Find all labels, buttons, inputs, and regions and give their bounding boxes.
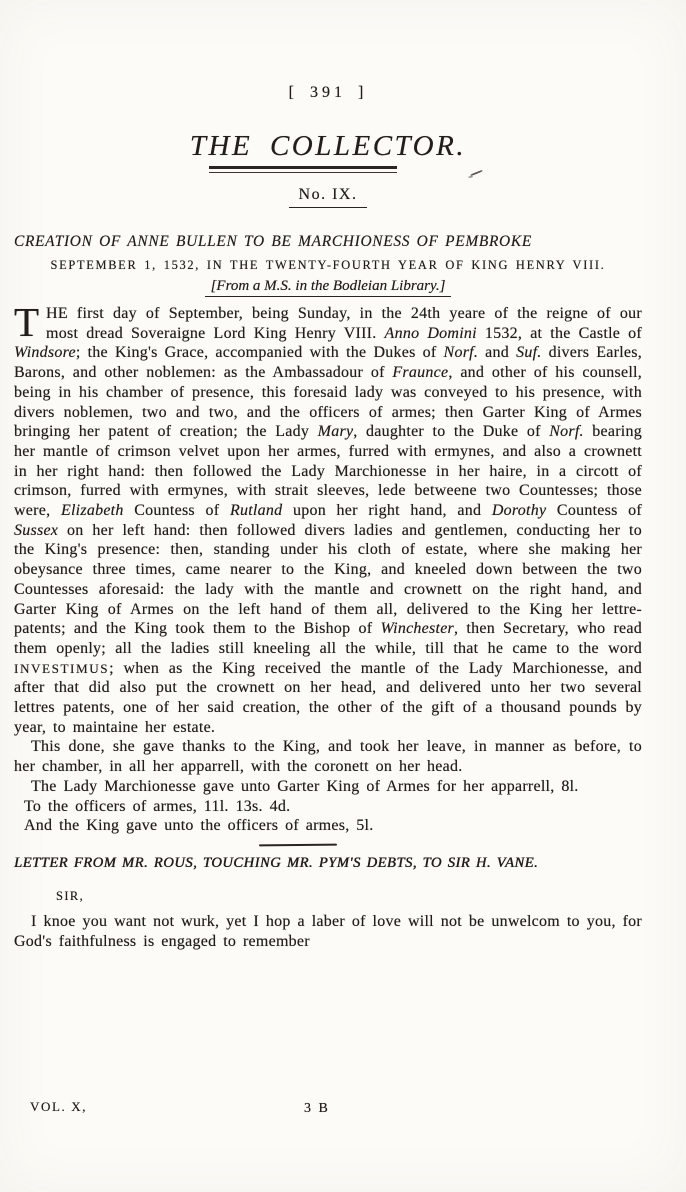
masthead-title: THE COLLECTOR. <box>14 130 642 163</box>
paragraph: THE first day of September, being Sunday… <box>14 304 642 737</box>
article-source-note: [From a M.S. in the Bodleian Library.] <box>14 278 642 295</box>
paragraph: I knoe you want not wurk, yet I hop a la… <box>14 912 642 951</box>
scanned-document-page: [ 391 ] THE COLLECTOR. No. IX. CREATION … <box>0 0 686 1192</box>
issue-number-label: No. IX. <box>289 186 368 208</box>
section-divider-rule <box>259 844 337 847</box>
issue-number: No. IX. <box>14 186 642 208</box>
drop-cap-initial: T <box>14 304 46 339</box>
paragraph-text: HE first day of September, being Sunday,… <box>14 305 642 736</box>
paragraph: To the officers of armes, 11l. 13s. 4d. <box>14 797 642 817</box>
letter-heading: LETTER FROM MR. ROUS, TOUCHING MR. PYM'S… <box>14 855 642 872</box>
letter-salutation: SIR, <box>56 889 642 904</box>
article-creation-of-anne-bullen: CREATION OF ANNE BULLEN TO BE MARCHIONES… <box>14 233 642 836</box>
paragraph: The Lady Marchionesse gave unto Garter K… <box>14 777 642 797</box>
text-block: [ 391 ] THE COLLECTOR. No. IX. CREATION … <box>14 0 642 952</box>
page-footer: VOL. X, 3 B <box>14 1099 642 1115</box>
article-letter-from-mr-rous: LETTER FROM MR. ROUS, TOUCHING MR. PYM'S… <box>14 855 642 951</box>
article-title: CREATION OF ANNE BULLEN TO BE MARCHIONES… <box>14 233 642 251</box>
masthead-double-rule <box>209 166 397 173</box>
signature-mark: 3 B <box>304 1101 330 1117</box>
article-subtitle-date: SEPTEMBER 1, 1532, IN THE TWENTY-FOURTH … <box>14 258 642 273</box>
paragraph: And the King gave unto the officers of a… <box>14 816 642 836</box>
paragraph: This done, she gave thanks to the King, … <box>14 737 642 776</box>
article-source-note-text: [From a M.S. in the Bodleian Library.] <box>205 278 452 297</box>
volume-label: VOL. X, <box>30 1099 87 1114</box>
page-number: [ 391 ] <box>14 84 642 102</box>
